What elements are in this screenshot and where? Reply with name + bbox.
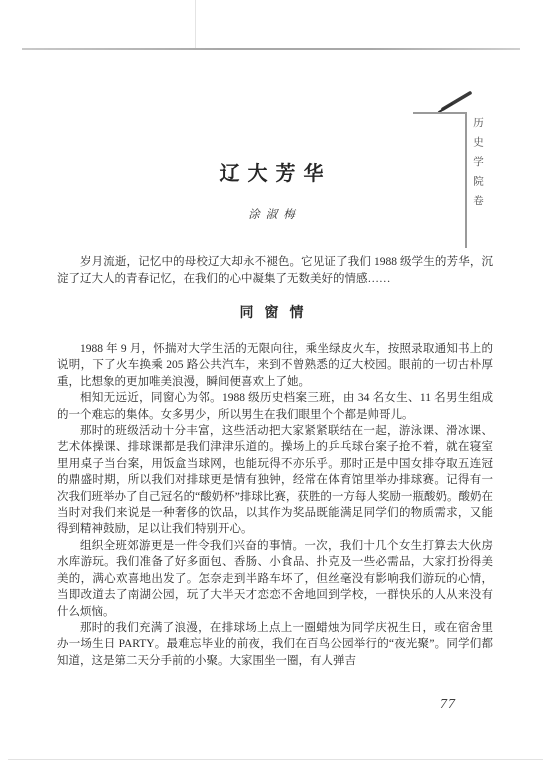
- body-paragraph: 组织全班郊游更是一件令我们兴奋的事情。一次，我们十几个女生打算去大伙房水库游玩。…: [57, 538, 493, 620]
- body-paragraph: 那时的班级活动十分丰富，这些活动把大家紧紧联结在一起，游泳课、滑冰课、艺术体操课…: [57, 423, 493, 538]
- article-body: 1988 年 9 月，怀揣对大学生活的无限向往，乘坐绿皮火车，按照录取通知书上的…: [57, 341, 493, 669]
- article-title: 辽大芳华: [0, 157, 543, 186]
- article-author: 涂淑梅: [0, 206, 543, 222]
- corner-horizontal-line: [413, 112, 466, 114]
- page-number: 77: [440, 697, 456, 713]
- bottom-edge-line: [8, 759, 543, 760]
- body-paragraph: 相知无远近，同窗心为邻。1988 级历史档案三班，由 34 名女生、11 名男生…: [57, 390, 493, 423]
- book-page: 历史学院卷 辽大芳华 涂淑梅 岁月流逝，记忆中的母校辽大却永不褪色。它见证了我们…: [0, 0, 543, 768]
- top-border-line: [22, 48, 520, 50]
- body-paragraph: 那时的我们充满了浪漫，在排球场上点上一圈蜡烛为同学庆祝生日，或在宿舍里办一场生日…: [57, 620, 493, 669]
- intro-paragraph: 岁月流逝，记忆中的母校辽大却永不褪色。它见证了我们 1988 级学生的芳华，沉淀…: [57, 254, 493, 287]
- body-paragraph: 1988 年 9 月，怀揣对大学生活的无限向往，乘坐绿皮火车，按照录取通知书上的…: [57, 341, 493, 390]
- section-heading: 同窗情: [0, 302, 543, 322]
- scan-crease-line: [195, 0, 196, 48]
- pen-icon: [436, 89, 474, 114]
